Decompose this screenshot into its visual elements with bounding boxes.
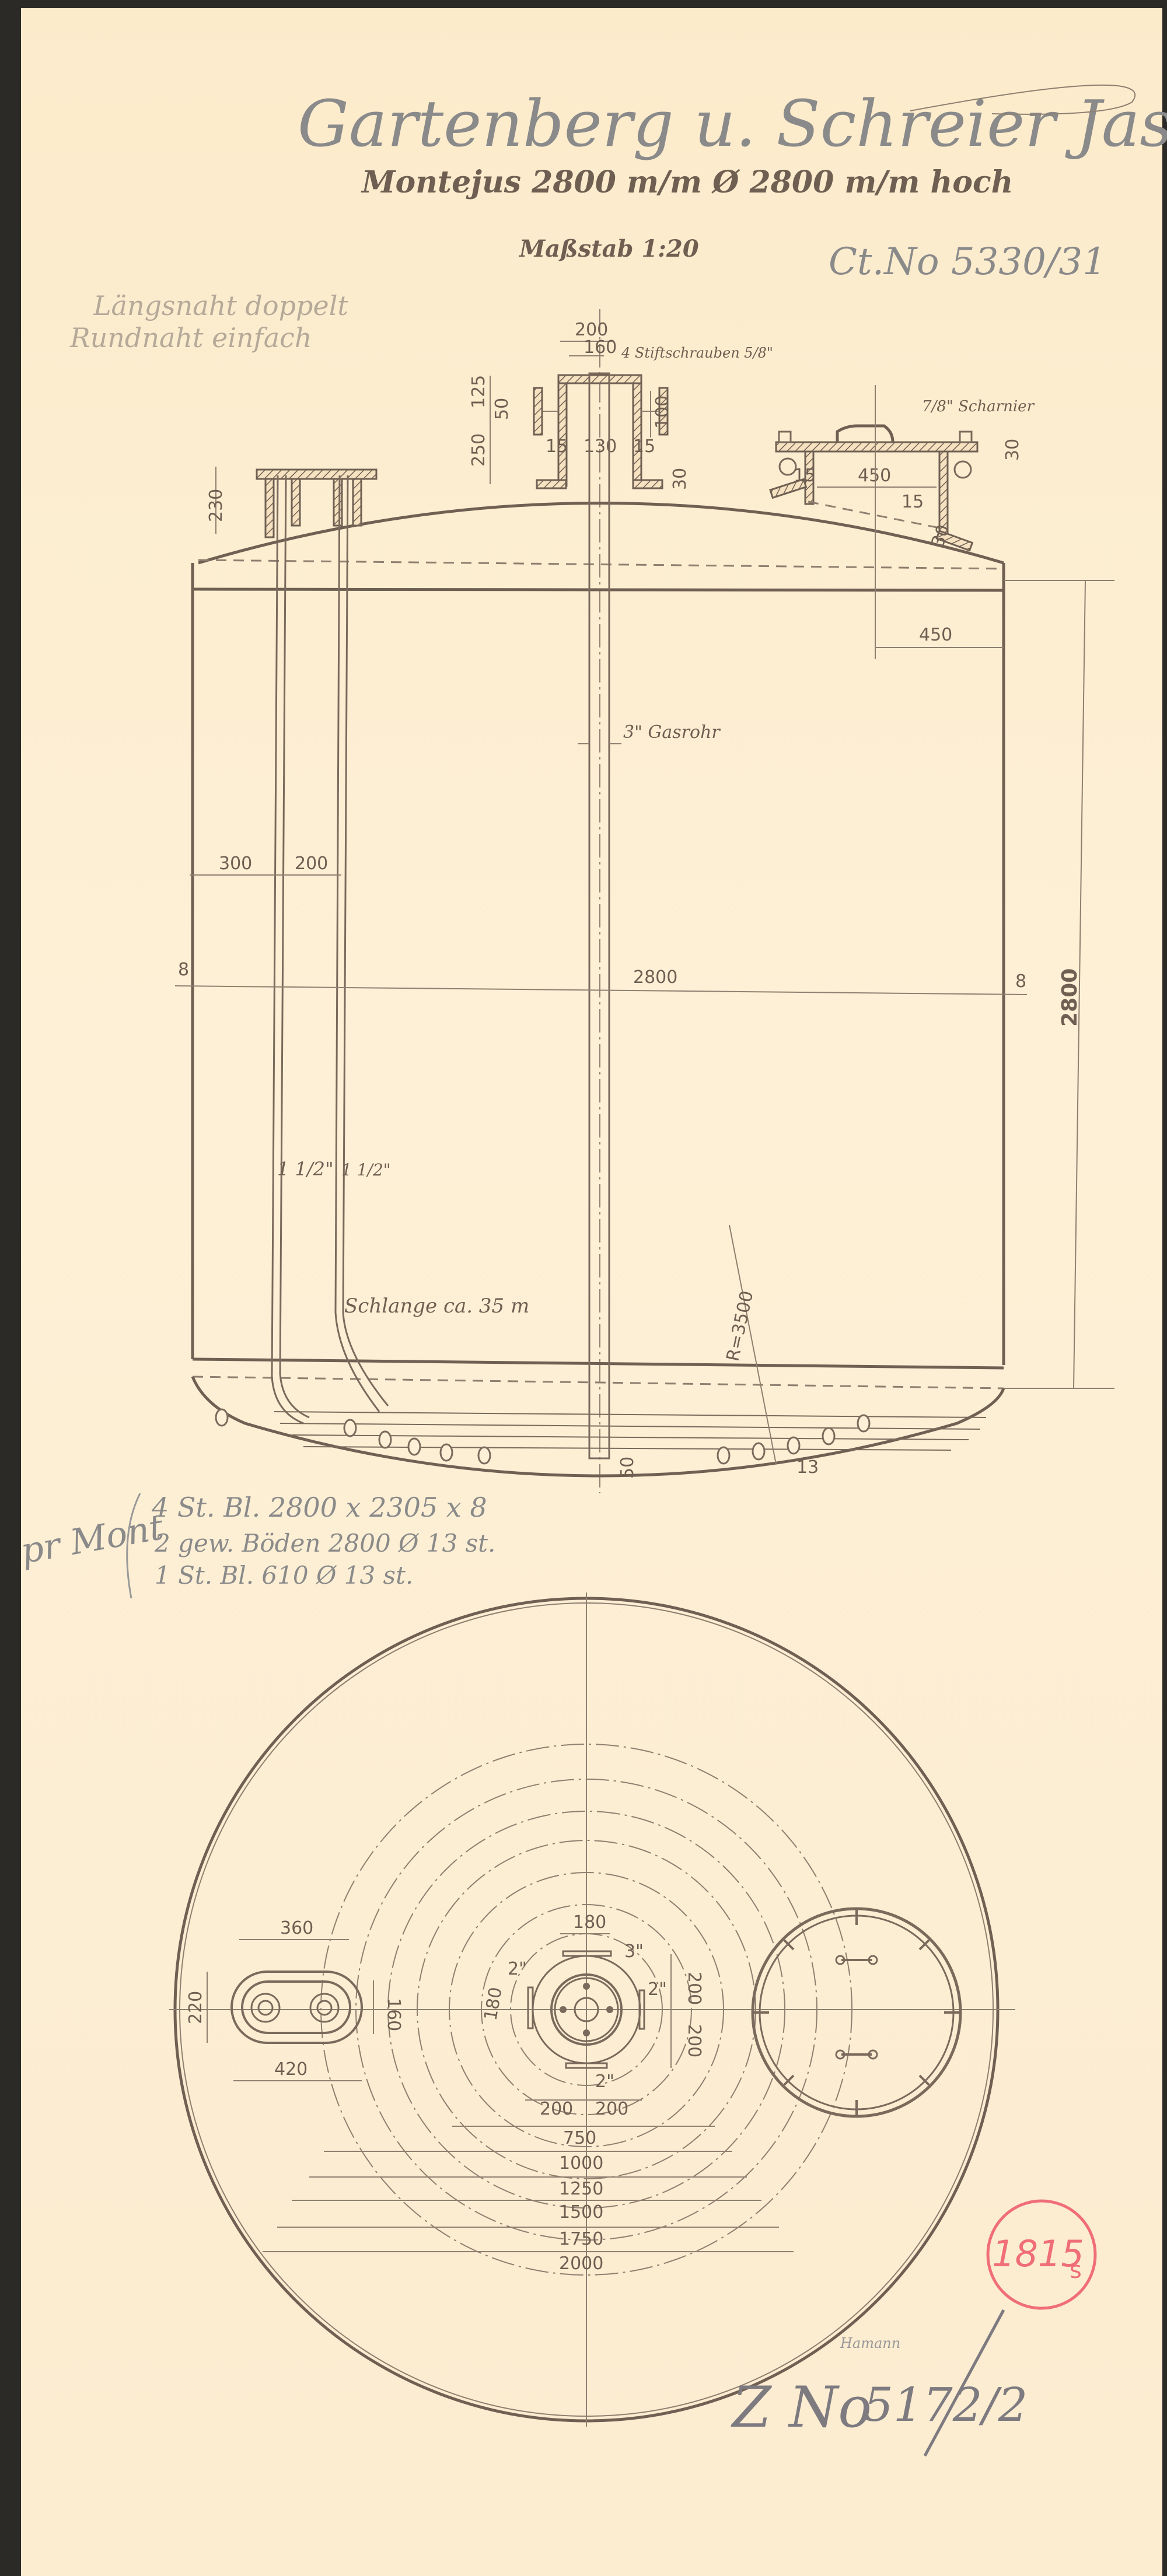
dim-wall-left: 15	[546, 436, 568, 457]
archive-mark: Z No 5172/2 Hamann	[731, 2310, 1028, 2456]
archive-stamp: 1815 s	[988, 2201, 1095, 2308]
dim-bottom-clearance: 50	[617, 1457, 638, 1479]
client-name: Gartenberg u. Schreier Jaslo	[298, 86, 1167, 161]
seam-note-circumferential: Rundnaht einfach	[69, 322, 312, 353]
dim-port-bore: 50	[492, 398, 512, 420]
fitting-size-top: 3"	[624, 1941, 644, 1962]
center-fitting: 180 3" 2" 2" 2" 180 200 200 200 200	[480, 1912, 704, 2119]
elevation-view: 200 160 4 Stiftschrauben 5/8" 125 250 50…	[175, 309, 1114, 1493]
dim-nozzle-lower: 250	[469, 433, 489, 467]
dim-pipe-spacing-2: 200	[295, 853, 328, 874]
dim-oval-inner: 160	[383, 1998, 404, 2031]
dim-manhole-plate: 30	[1002, 439, 1023, 461]
dim-fitting-flange: 180	[573, 1912, 606, 1933]
dim-offset-up: 200	[684, 1972, 704, 2005]
coil-dim-750: 750	[563, 2128, 596, 2148]
archive-signature: Hamann	[840, 2335, 900, 2351]
dim-manhole-offset: 450	[919, 625, 952, 645]
dim-offset-down: 200	[684, 2024, 704, 2057]
oval-nozzle: 360 420 220 160	[186, 1918, 404, 2081]
material-line-1: 4 St. Bl. 2800 x 2305 x 8	[151, 1492, 487, 1523]
archive-number: 5172/2	[864, 2378, 1028, 2432]
coil-pipe-1: 1 1/2"	[277, 1158, 334, 1180]
dim-fitting-left-flange: 180	[480, 1986, 506, 2022]
material-line-2: 2 gew. Böden 2800 Ø 13 st.	[154, 1529, 495, 1557]
dim-nozzle-upper: 125	[469, 375, 489, 408]
dim-wall-right: 15	[633, 436, 655, 457]
elevation-dimensions: 300 200 3" Gasrohr 8 8 2800 2800 1 1/2" …	[175, 580, 1114, 1479]
plan-view: 360 420 220 160 180 3" 2" 2"	[169, 1592, 1015, 2427]
material-line-3: 1 St. Bl. 610 Ø 13 st.	[155, 1561, 413, 1590]
dim-manhole-wall-right: 15	[902, 492, 924, 512]
dim-manhole-wall-left: 15	[794, 466, 816, 486]
center-pipe-label: 3" Gasrohr	[623, 722, 721, 743]
dim-offset-left: 200	[540, 2099, 573, 2119]
seam-note-longitudinal: Längsnaht doppelt	[93, 290, 348, 321]
seam-notes: Längsnaht doppelt Rundnaht einfach	[69, 290, 348, 353]
coil-diameter-dimensions: 750 1000 1250 1500 1750 2000	[263, 2126, 794, 2274]
dim-diameter: 2800	[633, 967, 677, 988]
coil-dim-1500: 1500	[559, 2202, 603, 2222]
dim-pipe-spacing-1: 300	[219, 853, 252, 874]
material-list: pr Mont 4 St. Bl. 2800 x 2305 x 8 2 gew.…	[18, 1492, 495, 1598]
dim-height: 2800	[1058, 968, 1082, 1027]
coil-dim-2000: 2000	[559, 2253, 603, 2274]
bolts-note: 4 Stiftschrauben 5/8"	[621, 345, 773, 361]
coil-pipe-2: 1 1/2"	[341, 1160, 391, 1179]
dim-pad: 30	[670, 468, 690, 490]
stamp-suffix: s	[1070, 2257, 1082, 2284]
drawing-subject: Montejus 2800 m/m Ø 2800 m/m hoch	[361, 164, 1013, 200]
fitting-size-left: 2"	[508, 1959, 527, 1979]
internal-pipes	[216, 373, 986, 1464]
dim-bottom-thickness: 13	[796, 1457, 819, 1478]
dim-shell-left: 8	[178, 960, 189, 980]
coil-dim-1250: 1250	[559, 2179, 603, 2199]
dim-oval-height: 220	[186, 1991, 206, 2024]
dim-manhole-opening: 450	[858, 466, 891, 486]
fitting-size-right: 2"	[648, 1979, 667, 2000]
coil-label: Schlange ca. 35 m	[344, 1294, 529, 1318]
dim-top-nozzle-inner: 160	[583, 337, 617, 358]
dim-shell-right: 8	[1015, 971, 1026, 992]
coil-dim-1750: 1750	[559, 2229, 603, 2249]
archive-prefix: Z No	[731, 2375, 872, 2440]
hinge-note: 7/8" Scharnier	[922, 398, 1035, 415]
order-number: Ct.No 5330/31	[829, 240, 1106, 283]
technical-drawing: Gartenberg u. Schreier Jaslo Montejus 28…	[0, 0, 1167, 2576]
dim-oval-total: 420	[274, 2059, 308, 2080]
coil-dim-1000: 1000	[559, 2153, 603, 2173]
dim-oval-bolts: 360	[280, 1918, 313, 1938]
header: Gartenberg u. Schreier Jaslo Montejus 28…	[298, 85, 1167, 283]
dim-offset-right: 200	[595, 2099, 628, 2119]
dim-left-nozzle-height: 230	[206, 489, 226, 522]
material-list-label: pr Mont	[18, 1507, 167, 1572]
manhole-plan	[753, 1909, 960, 2116]
manhole: 450 15 15 30 30 7/8" Scharnier 450	[770, 385, 1035, 659]
top-nozzle: 200 160 4 Stiftschrauben 5/8" 125 250 50…	[469, 320, 773, 490]
fitting-size-bottom: 2"	[595, 2071, 614, 2092]
dim-bottom-radius: R=3500	[723, 1289, 758, 1363]
scale-label: Maßstab 1:20	[518, 235, 699, 262]
dim-flange-height: 100	[652, 395, 673, 429]
